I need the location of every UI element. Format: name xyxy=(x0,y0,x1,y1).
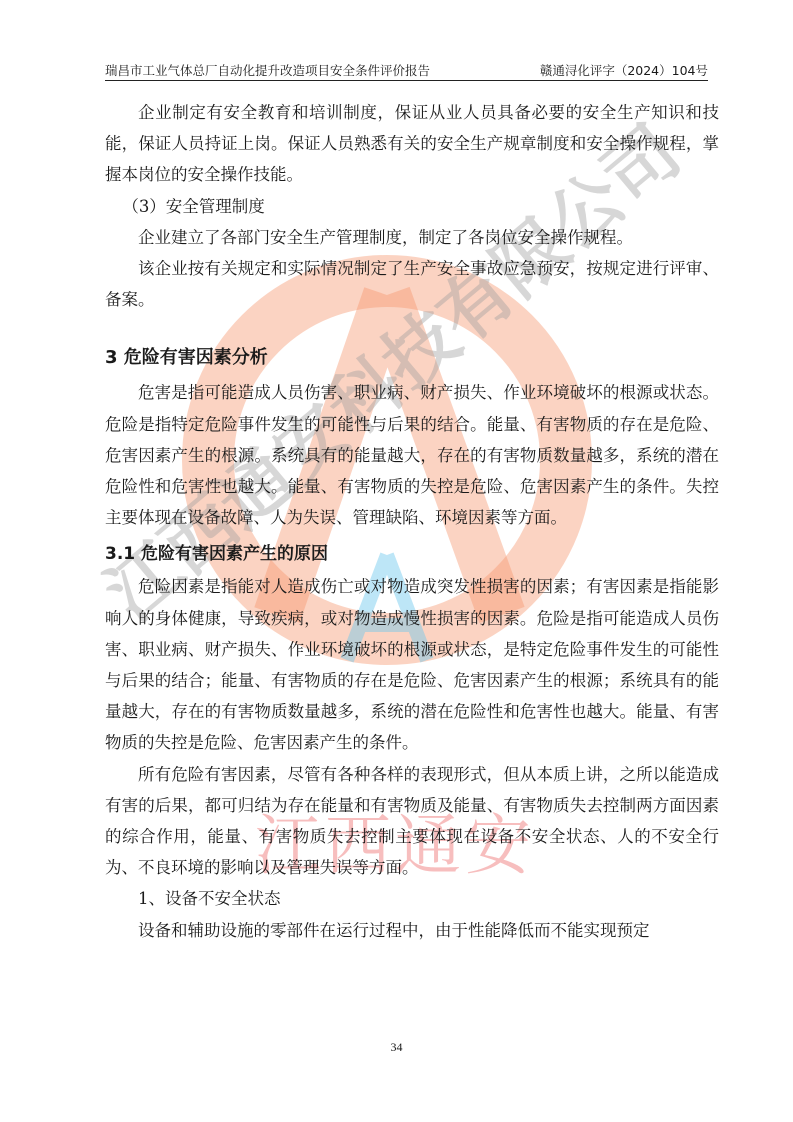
paragraph-equipment: 设备和辅助设施的零部件在运行过程中，由于性能降低而不能实现预定 xyxy=(105,915,719,946)
paragraph-hazard-definition: 危害是指可能造成人员伤害、职业病、财产损失、作业环境破坏的根源或状态。危险是指特… xyxy=(105,377,719,533)
header-document-number: 赣通浔化评字（2024）104号 xyxy=(540,62,708,80)
paragraph-hazard-causes: 所有危险有害因素，尽管有各种各样的表现形式，但从本质上讲，之所以能造成有害的后果… xyxy=(105,759,719,884)
page-header: 瑞昌市工业气体总厂自动化提升改造项目安全条件评价报告 赣通浔化评字（2024）1… xyxy=(105,62,708,81)
subheading-safety-management: （3）安全管理制度 xyxy=(105,191,719,222)
paragraph-emergency-plan: 该企业按有关规定和实际情况制定了生产安全事故应急预安，按规定进行评审、备案。 xyxy=(105,253,719,315)
list-item-equipment-unsafe-state: 1、设备不安全状态 xyxy=(105,883,719,914)
paragraph-hazard-factors: 危险因素是指能对人造成伤亡或对物造成突发性损害的因素；有害因素是指能影响人的身体… xyxy=(105,571,719,758)
page-number: 34 xyxy=(0,1040,793,1055)
section-3-heading: 3 危险有害因素分析 xyxy=(105,341,719,375)
section-3-1-heading: 3.1 危险有害因素产生的原因 xyxy=(105,537,719,571)
page-content: 企业制定有安全教育和培训制度，保证从业人员具备必要的安全生产知识和技能，保证人员… xyxy=(105,97,719,946)
header-report-title: 瑞昌市工业气体总厂自动化提升改造项目安全条件评价报告 xyxy=(105,62,430,80)
paragraph-training: 企业制定有安全教育和培训制度，保证从业人员具备必要的安全生产知识和技能，保证人员… xyxy=(105,97,719,191)
paragraph-management-system: 企业建立了各部门安全生产管理制度，制定了各岗位安全操作规程。 xyxy=(105,222,719,253)
document-page: 江西通安科技有限公司 江西通安 瑞昌市工业气体总厂自动化提升改造项目安全条件评价… xyxy=(0,0,793,1122)
